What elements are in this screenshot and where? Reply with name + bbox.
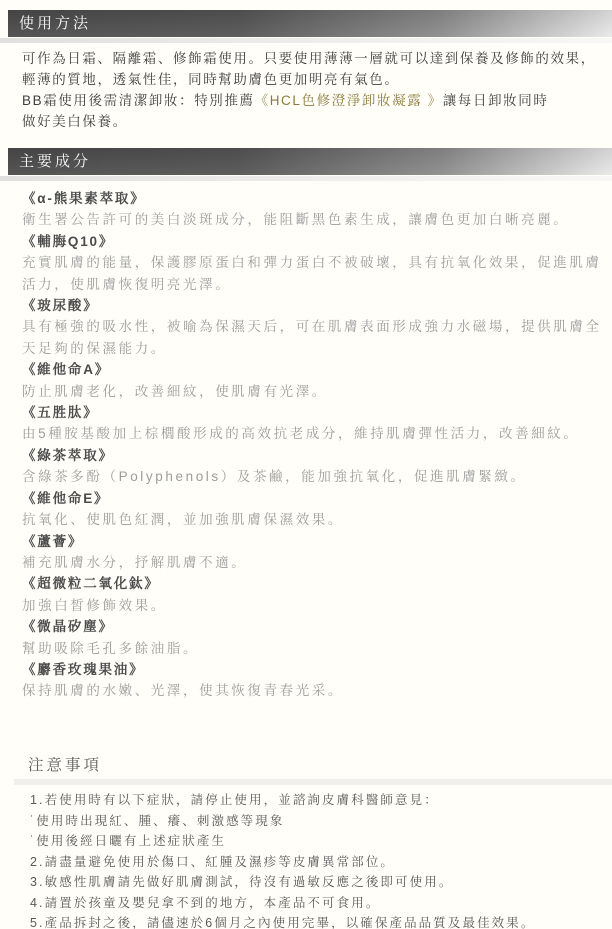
usage-line-1: 可作為日霜、隔離霜、修飾霜使用。只要使用薄薄一層就可以達到保養及修飾的效果，	[22, 48, 606, 69]
ingredients-list: 《α-熊果素萃取》 衛生署公告許可的美白淡斑成分，能阻斷黑色素生成，讓膚色更加白…	[22, 188, 604, 702]
usage-header-shadow	[0, 38, 612, 43]
cleanser-product-link[interactable]: 《HCL色修澄淨卸妝凝露 》	[255, 93, 443, 108]
ingredient-item: 《蘆薈》 補充肌膚水分，抒解肌膚不適。	[22, 531, 604, 574]
usage-line-3-prefix: BB霜使用後需清潔卸妝：特別推薦	[22, 93, 255, 108]
ingredient-name: 《α-熊果素萃取》	[22, 188, 604, 209]
ingredient-item: 《維他命A》 防止肌膚老化，改善細紋，使肌膚有光澤。	[22, 359, 604, 402]
ingredients-header-shadow	[0, 176, 612, 181]
notes-divider	[14, 779, 612, 785]
ingredient-item: 《輔脢Q10》 充實肌膚的能量，保護膠原蛋白和彈力蛋白不被破壞，具有抗氧化效果，…	[22, 231, 604, 295]
usage-section-title: 使用方法	[8, 10, 612, 37]
usage-paragraph: 可作為日霜、隔離霜、修飾霜使用。只要使用薄薄一層就可以達到保養及修飾的效果， 輕…	[22, 48, 606, 132]
ingredient-desc: 防止肌膚老化，改善細紋，使肌膚有光澤。	[22, 381, 604, 402]
ingredient-item: 《麝香玫瑰果油》 保持肌膚的水嫩、光澤，使其恢復青春光采。	[22, 659, 604, 702]
ingredient-item: 《玻尿酸》 具有極強的吸水性，被喻為保濕天后，可在肌膚表面形成強力水磁場，提供肌…	[22, 295, 604, 359]
ingredient-name: 《微晶矽塵》	[22, 616, 604, 637]
ingredient-item: 《五胜肽》 由5種胺基酸加上棕櫚酸形成的高效抗老成分，維持肌膚彈性活力，改善細紋…	[22, 402, 604, 445]
product-info-page: 使用方法 可作為日霜、隔離霜、修飾霜使用。只要使用薄薄一層就可以達到保養及修飾的…	[0, 0, 612, 929]
ingredient-desc: 由5種胺基酸加上棕櫚酸形成的高效抗老成分，維持肌膚彈性活力，改善細紋。	[22, 423, 604, 444]
ingredient-name: 《綠茶萃取》	[22, 445, 604, 466]
usage-line-3: BB霜使用後需清潔卸妝：特別推薦《HCL色修澄淨卸妝凝露 》讓每日卸妝同時	[22, 90, 606, 111]
note-item: 4.請置於孩童及嬰兒拿不到的地方，本產品不可食用。	[30, 893, 606, 914]
ingredient-name: 《超微粒二氧化鈦》	[22, 573, 604, 594]
ingredients-section-title: 主要成分	[8, 148, 612, 175]
ingredient-desc: 充實肌膚的能量，保護膠原蛋白和彈力蛋白不被破壞，具有抗氧化效果，促進肌膚活力，使…	[22, 252, 604, 295]
note-item: 1.若使用時有以下症狀，請停止使用，並諮詢皮膚科醫師意見：	[30, 790, 606, 811]
note-item: ˙使用時出現紅、腫、癢、刺激感等現象	[30, 811, 606, 832]
ingredient-desc: 加強白皙修飾效果。	[22, 595, 604, 616]
ingredient-name: 《蘆薈》	[22, 531, 604, 552]
usage-line-4: 做好美白保養。	[22, 111, 606, 132]
usage-line-2: 輕薄的質地，透氣性佳，同時幫助膚色更加明亮有氣色。	[22, 69, 606, 90]
usage-section-header: 使用方法	[8, 10, 612, 37]
ingredient-desc: 補充肌膚水分，抒解肌膚不適。	[22, 552, 604, 573]
ingredient-item: 《超微粒二氧化鈦》 加強白皙修飾效果。	[22, 573, 604, 616]
notes-section-title: 注意事項	[28, 753, 102, 775]
notes-corner-mark	[0, 762, 4, 775]
ingredients-section-header: 主要成分	[8, 148, 612, 175]
ingredient-name: 《麝香玫瑰果油》	[22, 659, 604, 680]
ingredient-desc: 保持肌膚的水嫩、光澤，使其恢復青春光采。	[22, 680, 604, 701]
ingredient-desc: 具有極強的吸水性，被喻為保濕天后，可在肌膚表面形成強力水磁場，提供肌膚全天足夠的…	[22, 316, 604, 359]
ingredient-desc: 抗氧化、使肌色紅潤，並加強肌膚保濕效果。	[22, 509, 604, 530]
note-item: 3.敏感性肌膚請先做好肌膚測試，待沒有過敏反應之後即可使用。	[30, 872, 606, 893]
ingredient-desc: 含綠茶多酚（Polyphenols）及茶鹼，能加強抗氧化，促進肌膚緊緻。	[22, 466, 604, 487]
ingredient-name: 《維他命A》	[22, 359, 604, 380]
ingredient-name: 《玻尿酸》	[22, 295, 604, 316]
usage-line-3-suffix: 讓每日卸妝同時	[443, 93, 549, 108]
ingredient-desc: 衛生署公告許可的美白淡斑成分，能阻斷黑色素生成，讓膚色更加白晰亮麗。	[22, 209, 604, 230]
ingredient-desc: 幫助吸除毛孔多餘油脂。	[22, 638, 604, 659]
notes-list: 1.若使用時有以下症狀，請停止使用，並諮詢皮膚科醫師意見： ˙使用時出現紅、腫、…	[30, 790, 606, 929]
ingredient-item: 《微晶矽塵》 幫助吸除毛孔多餘油脂。	[22, 616, 604, 659]
ingredient-item: 《綠茶萃取》 含綠茶多酚（Polyphenols）及茶鹼，能加強抗氧化，促進肌膚…	[22, 445, 604, 488]
note-item: ˙使用後經日曬有上述症狀產生	[30, 831, 606, 852]
note-item: 2.請盡量避免使用於傷口、紅腫及濕疹等皮膚異常部位。	[30, 852, 606, 873]
ingredient-name: 《五胜肽》	[22, 402, 604, 423]
note-item: 5.產品拆封之後，請儘速於6個月之內使用完畢，以確保產品品質及最佳效果。	[30, 913, 606, 929]
ingredient-name: 《維他命E》	[22, 488, 604, 509]
ingredient-name: 《輔脢Q10》	[22, 231, 604, 252]
ingredient-item: 《維他命E》 抗氧化、使肌色紅潤，並加強肌膚保濕效果。	[22, 488, 604, 531]
ingredient-item: 《α-熊果素萃取》 衛生署公告許可的美白淡斑成分，能阻斷黑色素生成，讓膚色更加白…	[22, 188, 604, 231]
